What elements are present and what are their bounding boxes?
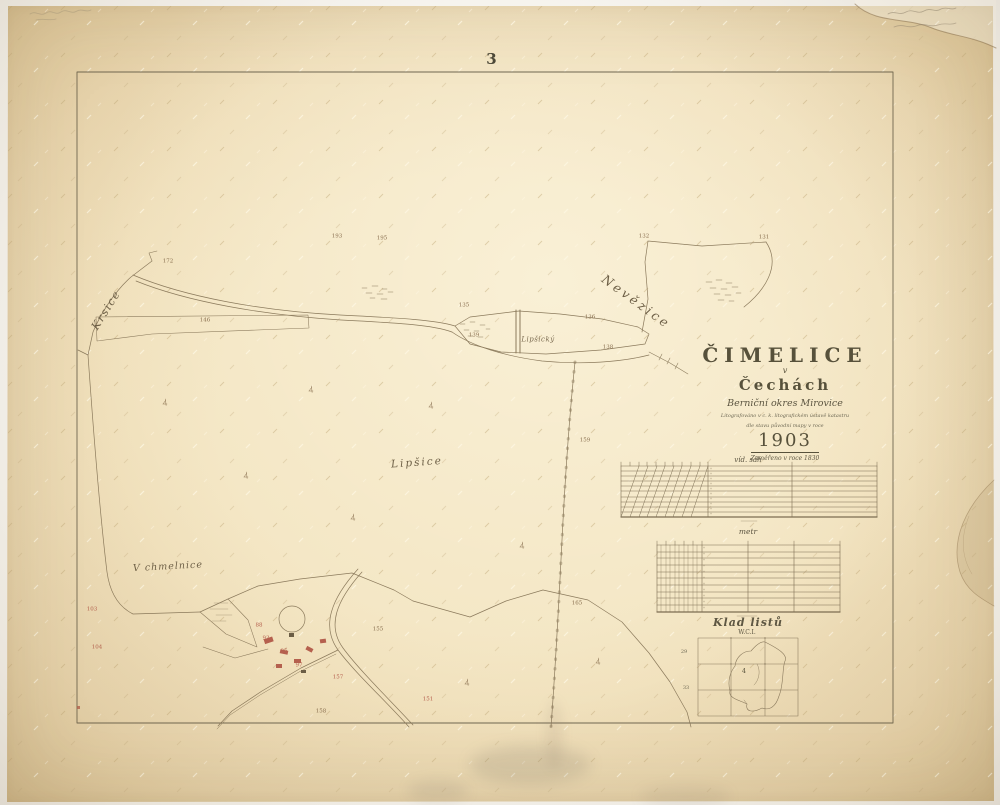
- parcel-number: 165: [572, 601, 583, 607]
- district-line: Berniční okres Mirovice: [660, 397, 910, 410]
- map-year: 1903: [751, 431, 819, 453]
- parcel-number: 103: [87, 607, 98, 613]
- parcel-number: 172: [163, 259, 174, 265]
- parcel-number: 158: [316, 709, 327, 715]
- parcel-number: 151: [423, 697, 434, 703]
- parcel-number: 88: [256, 623, 263, 629]
- parcel-number: 193: [332, 234, 343, 240]
- title-preposition: v: [660, 366, 910, 375]
- sheet-index-current-sheet: 4: [742, 667, 746, 675]
- sheet-index-subtitle: W.C.I.: [738, 629, 756, 636]
- parcel-number: 155: [373, 627, 384, 633]
- parcel-number: 146: [200, 318, 211, 324]
- scale-label-metres: metr: [739, 527, 757, 536]
- parcel-number: 131: [759, 235, 770, 241]
- parcel-number: 93: [263, 636, 270, 642]
- sheet-index-margin-label: 33: [683, 685, 689, 691]
- cadastral-map-sheet: 3 ČIMELICE v Čechách Berniční okres Miro…: [0, 0, 1000, 805]
- parcel-number: 157: [333, 675, 344, 681]
- parcel-number: 95: [281, 649, 288, 655]
- parcel-number: 97: [296, 663, 303, 669]
- sheet-index-margin-label: 29: [681, 649, 687, 655]
- parcel-number: 104: [92, 645, 103, 651]
- parcel-number: 136: [585, 315, 596, 321]
- map-title: ČIMELICE: [660, 344, 910, 366]
- sheet-index-title: Klad listů: [713, 616, 783, 629]
- parcel-number: 135: [459, 303, 470, 309]
- title-block: ČIMELICE v Čechách Berniční okres Mirovi…: [660, 344, 910, 463]
- sheet-number: 3: [486, 50, 497, 68]
- parcel-number: 195: [377, 236, 388, 242]
- imprint-line-1: Litografováno v c. k. litografickém ústa…: [660, 413, 910, 420]
- parcel-number: 138: [603, 345, 614, 351]
- parcel-number: 159: [580, 438, 591, 444]
- scale-label-fathoms: víd. sáh: [734, 456, 761, 464]
- map-label-lip-ick-: Lipšický: [521, 337, 554, 344]
- title-region: Čechách: [660, 376, 910, 394]
- survey-note: Zaměřeno v roce 1830: [660, 454, 910, 463]
- parcel-number: 132: [639, 234, 650, 240]
- parcel-number: 139: [469, 333, 480, 339]
